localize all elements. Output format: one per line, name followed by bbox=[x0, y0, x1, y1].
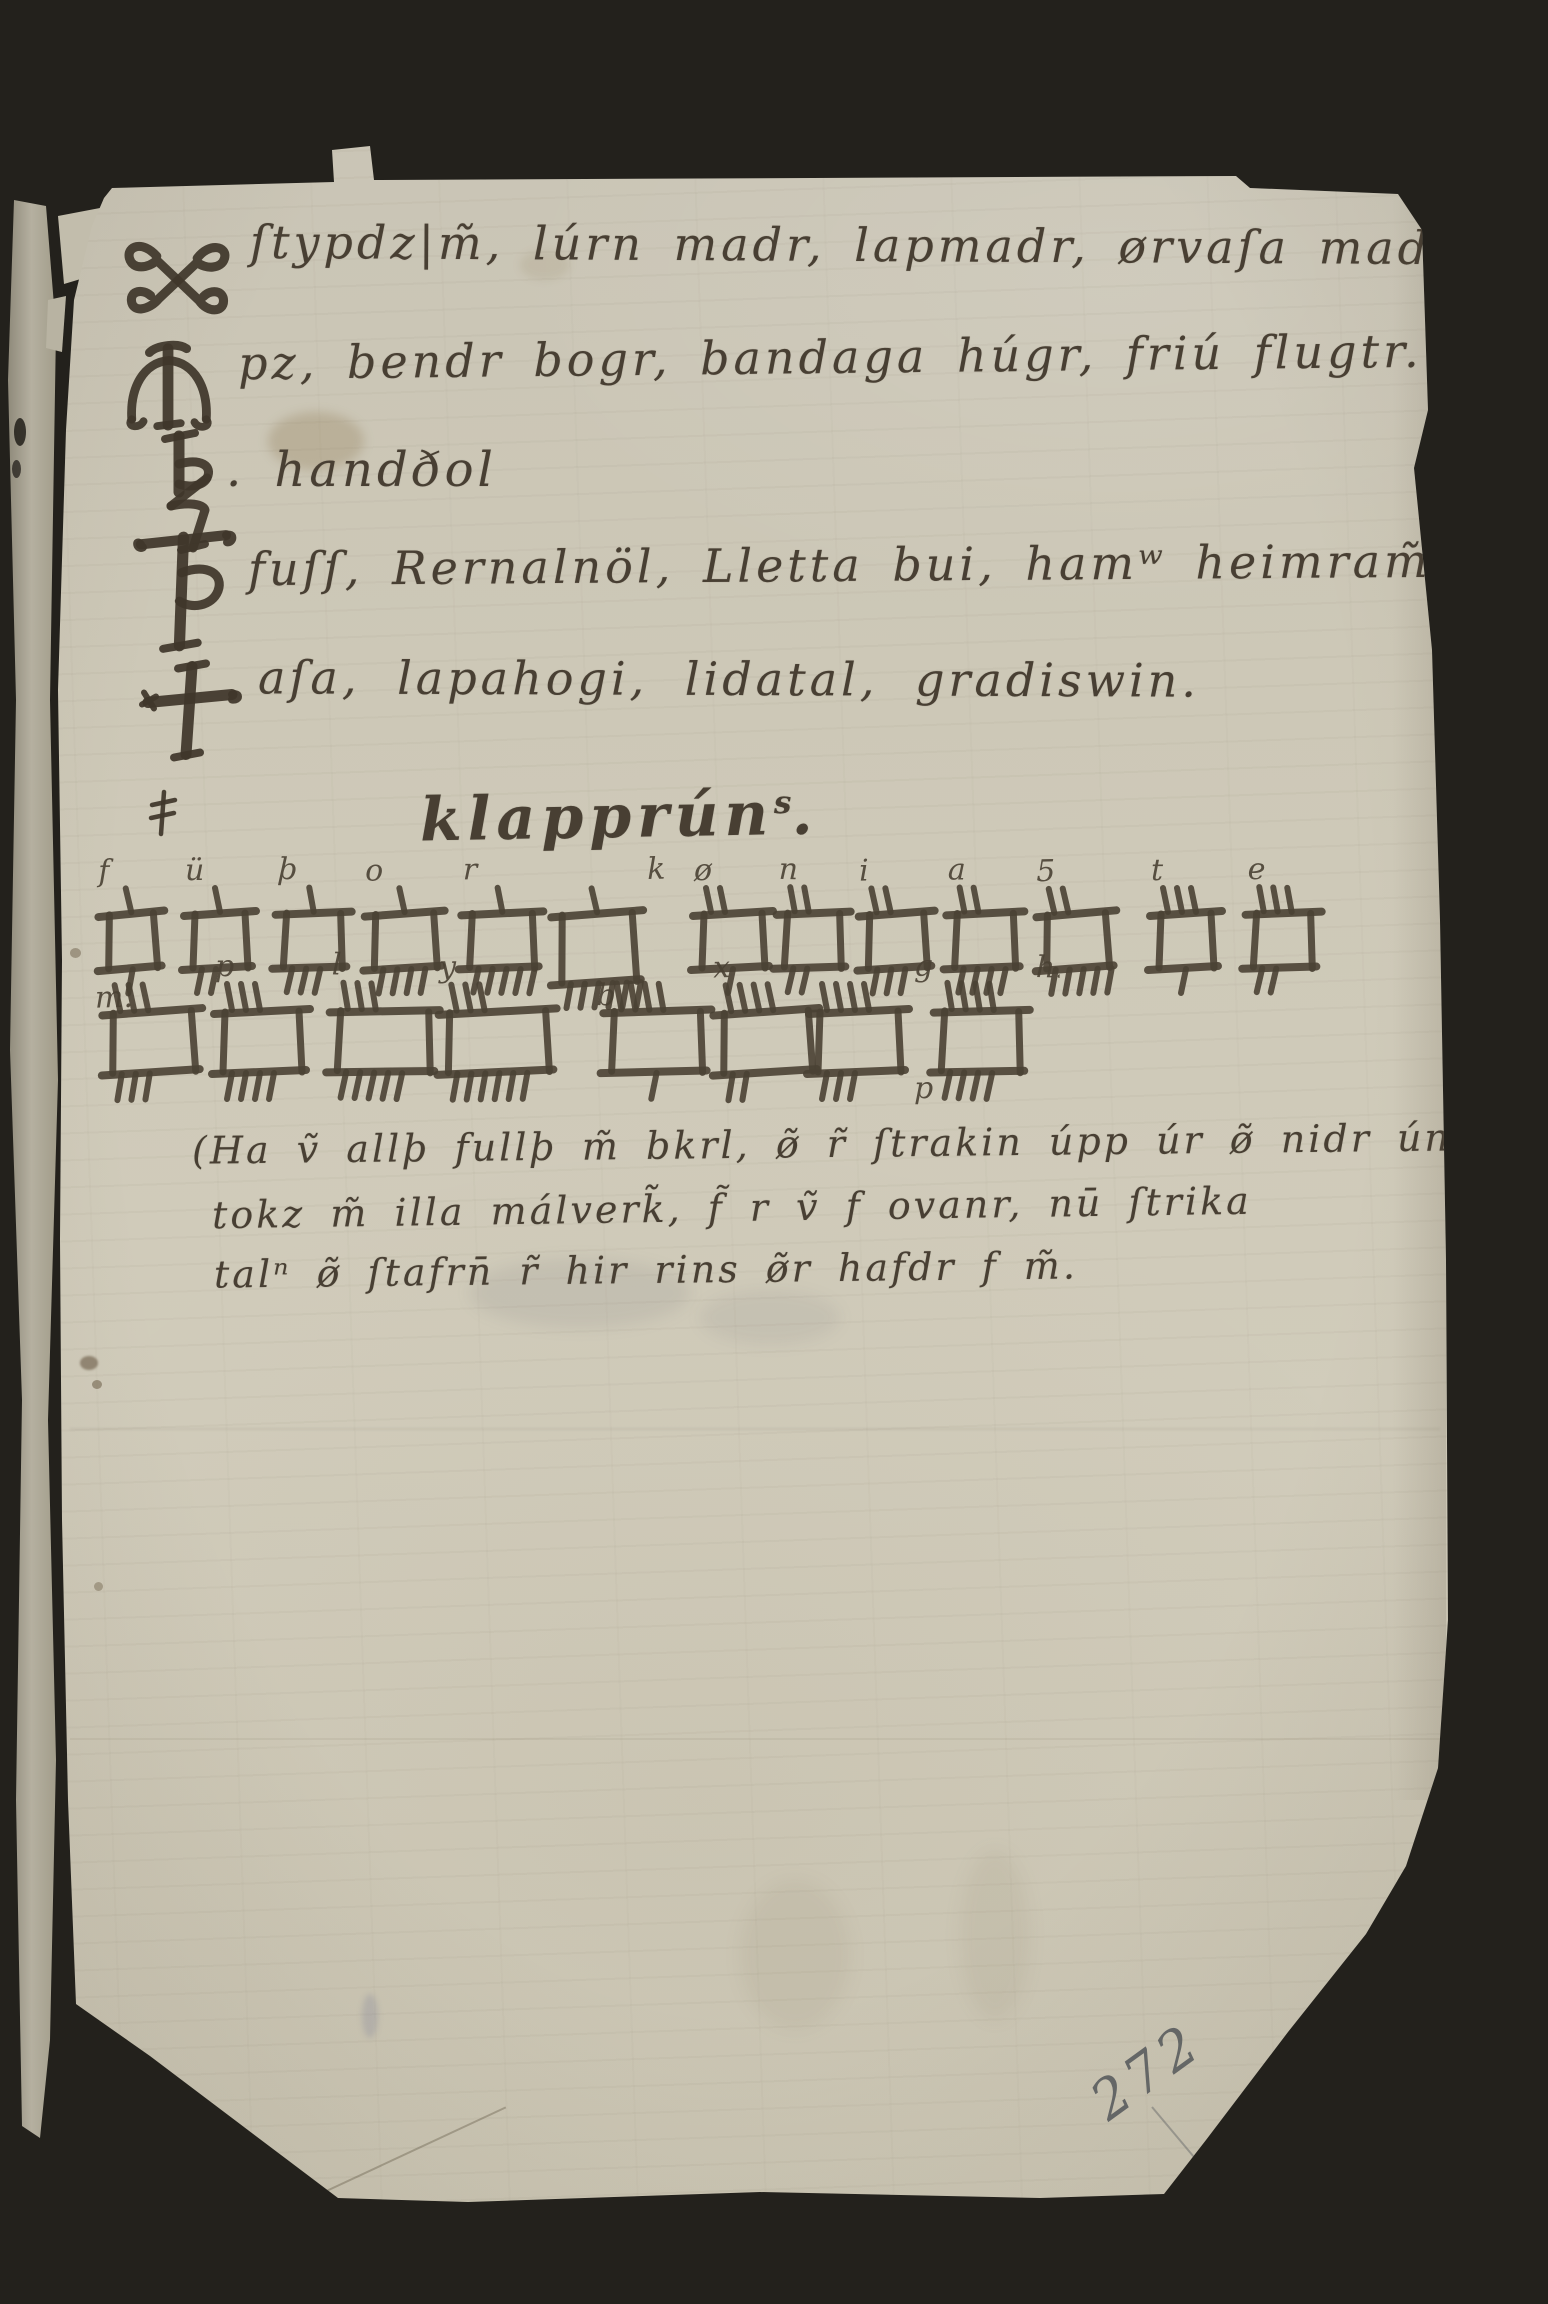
heading-word: klapprún bbox=[419, 779, 774, 855]
heading-punctuation: . bbox=[791, 779, 819, 849]
stain bbox=[92, 1380, 102, 1389]
right-edge-shadow bbox=[1392, 200, 1446, 1800]
entry-line-1: ſtypdz|m̃, lúrn madr, lapmadr, ørvaſa ma… bbox=[250, 215, 1457, 275]
show-through bbox=[740, 1880, 850, 2030]
paragraph-line-3: talⁿ ø̃ ſtafrn̄ r̃ hir rins ø̃r hafdr f … bbox=[214, 1243, 1078, 1296]
stain bbox=[94, 1582, 103, 1591]
stub-ink-spot bbox=[14, 418, 26, 446]
show-through bbox=[960, 1850, 1030, 2020]
cross-rune-icon bbox=[132, 652, 244, 768]
crease bbox=[70, 1428, 1440, 1430]
entry-line-3: . handðol bbox=[226, 442, 497, 498]
stain bbox=[70, 948, 81, 958]
bind-rune-arch-m-icon bbox=[120, 332, 218, 432]
heading-superscript: s bbox=[773, 785, 791, 821]
klapprun-heading: klapprúns. bbox=[419, 779, 819, 856]
double-barred-mark-icon bbox=[148, 788, 178, 838]
bind-rune-thorn-t-icon bbox=[132, 520, 240, 662]
manuscript-page: ſtypdz|m̃, lúrn madr, lapmadr, ørvaſa ma… bbox=[0, 0, 1548, 2304]
stain bbox=[80, 1356, 98, 1370]
blue-mark bbox=[362, 1994, 378, 2038]
entry-line-4: fuſſ, Rernalnöl, Lletta bui, hamʷ heimra… bbox=[248, 534, 1432, 596]
show-through bbox=[700, 1290, 840, 1345]
entry-line-5: aſa, lapahogi, lidatal, gradiswin. bbox=[258, 650, 1200, 707]
crease bbox=[70, 1738, 1440, 1740]
stub-ink-spot bbox=[12, 460, 21, 478]
bind-rune-x-icon bbox=[122, 238, 234, 324]
scan-canvas: ſtypdz|m̃, lúrn madr, lapmadr, ørvaſa ma… bbox=[0, 0, 1548, 2304]
